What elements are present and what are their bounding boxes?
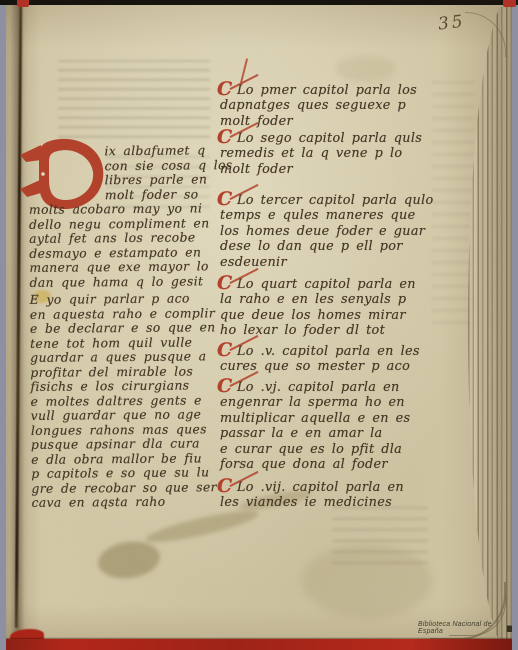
manuscript-line: molt foder so xyxy=(105,187,231,203)
capitulum-mark-icon: C xyxy=(217,190,232,209)
manuscript-line: dello negu compliment en xyxy=(29,216,231,232)
folio-number: 35 xyxy=(437,11,467,34)
manuscript-line: Lo tercer capitol parla qulo xyxy=(220,193,476,208)
stain xyxy=(144,505,261,548)
manuscript-line: Lo .vj. capitol parla en xyxy=(220,380,476,395)
manuscript-line: dese lo dan que p ell por xyxy=(220,239,476,254)
manuscript-line: forsa que dona al foder xyxy=(220,457,476,472)
manuscript-line: engenrar la sperma ho en xyxy=(220,395,476,410)
manuscript-line: Lo sego capitol parla quls xyxy=(220,131,476,146)
manuscript-line: Lo .v. capitol parla en les xyxy=(220,344,476,359)
manuscript-line: Lo pmer capitol parla los xyxy=(220,83,476,98)
headband-red-right xyxy=(503,0,516,7)
capitulum-mark-icon: C xyxy=(217,477,232,496)
stain xyxy=(96,538,162,582)
book-gutter xyxy=(10,4,28,634)
manuscript-line: ix albafumet q xyxy=(104,143,230,159)
book-bottom-edge xyxy=(6,639,512,650)
capitulum-mark-icon: C xyxy=(217,128,232,147)
manuscript-line: dan que hama q lo gesit xyxy=(30,274,232,290)
manuscript-line: molts acobaro may yo ni xyxy=(29,201,231,217)
manuscript-line: longues rahons mas ques xyxy=(31,422,233,438)
chapter-entry: C Lo sego capitol parla quls remedis et … xyxy=(220,131,476,177)
parchment-page: 35 ix albafumet q con sie cosa q los lib… xyxy=(6,4,512,650)
paragraph: E yo quir parlar p aco en aquesta raho e… xyxy=(30,291,234,510)
manuscript-line: esdeuenir xyxy=(220,255,476,270)
manuscript-line: con sie cosa q los xyxy=(105,158,231,174)
paragraph: ix albafumet q con sie cosa q los libres… xyxy=(28,143,231,290)
library-watermark-text: Biblioteca Nacional de España xyxy=(418,621,504,635)
manuscript-line: que deue los homes mirar xyxy=(220,308,476,323)
chapter-entry: C Lo tercer capitol parla qulo temps e q… xyxy=(220,193,476,270)
manuscript-line: multiplicar aquella e en es xyxy=(220,411,476,426)
manuscript-line: temps e qules maneres que xyxy=(220,208,476,223)
book-top-edge xyxy=(0,0,518,5)
manuscript-line: les viandes ie medicines xyxy=(220,495,476,510)
manuscript-line: remedis et la q vene p lo xyxy=(220,146,476,161)
ink-showthrough xyxy=(58,60,210,138)
manuscript-line: Lo quart capitol parla en xyxy=(220,277,476,292)
manuscript-line: guardar a ques pusque a xyxy=(30,349,232,365)
manuscript-line: manera que exe mayor lo xyxy=(29,259,231,275)
chapter-entry: C Lo quart capitol parla en la raho e en… xyxy=(220,277,476,339)
manuscript-line: passar la e en amar la xyxy=(220,426,476,441)
manuscript-line: p capitols e so que su lu xyxy=(31,465,233,481)
manuscript-line: gre de recobar so que ser xyxy=(31,480,233,496)
manuscript-line: molt foder xyxy=(220,162,476,177)
manuscript-line: la raho e en les senyals p xyxy=(220,292,476,307)
manuscript-line: e curar que es lo pfit dla xyxy=(220,442,476,457)
capitulum-mark-icon: C xyxy=(217,341,232,360)
chapter-entry: C Lo .v. capitol parla en les cures que … xyxy=(220,344,476,375)
chapter-entry: C Lo .vij. capitol parla en les viandes … xyxy=(220,480,476,511)
manuscript-line: libres parle en xyxy=(105,172,231,188)
manuscript-line: cava en aqsta raho xyxy=(31,494,233,510)
manuscript-line: e be declarar e so que en xyxy=(30,320,232,336)
capitulum-mark-icon: C xyxy=(217,80,232,99)
library-watermark: Biblioteca Nacional de España xyxy=(418,621,512,635)
manuscript-line: Lo .vij. capitol parla en xyxy=(220,480,476,495)
stain xyxy=(336,56,396,82)
manuscript-line: dapnatges ques seguexe p xyxy=(220,98,476,113)
stain xyxy=(302,544,432,618)
chapter-entry: C Lo .vj. capitol parla en engenrar la s… xyxy=(220,380,476,472)
scanned-manuscript-photo: 35 ix albafumet q con sie cosa q los lib… xyxy=(0,0,518,650)
manuscript-line: molt foder xyxy=(220,114,476,129)
capitulum-mark-icon: C xyxy=(217,377,232,396)
main-text-column: ix albafumet q con sie cosa q los libres… xyxy=(28,143,233,510)
manuscript-line: los homes deue foder e guar xyxy=(220,224,476,239)
capitulum-mark-icon: C xyxy=(217,274,232,293)
headband-red-left xyxy=(17,0,29,7)
bne-logo-icon xyxy=(506,625,512,632)
